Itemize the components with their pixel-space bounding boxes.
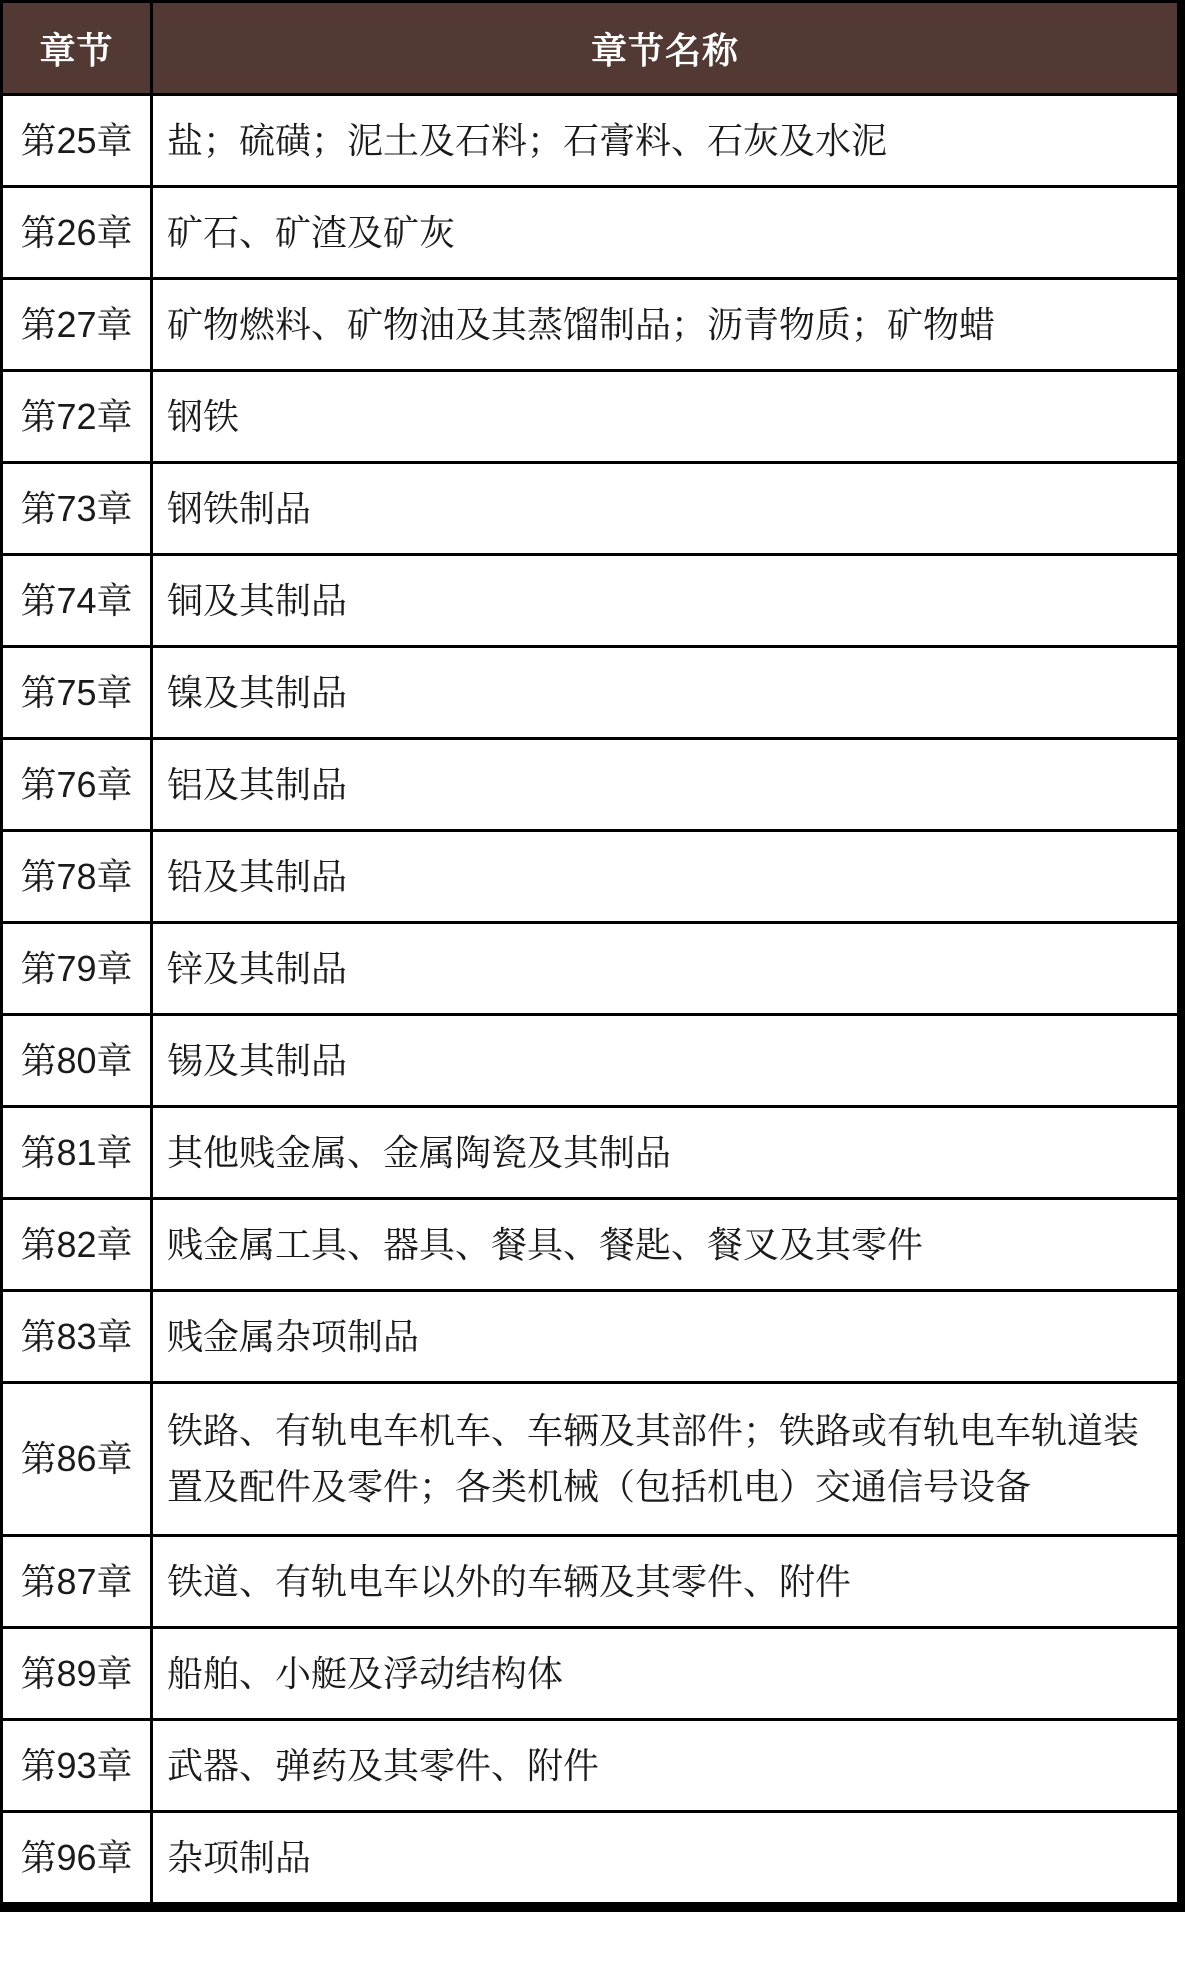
table-row: 第26章矿石、矿渣及矿灰 bbox=[2, 187, 1179, 279]
chapter-cell: 第72章 bbox=[2, 371, 152, 463]
chapter-cell: 第74章 bbox=[2, 555, 152, 647]
table-row: 第93章武器、弹药及其零件、附件 bbox=[2, 1720, 1179, 1812]
chapter-cell: 第75章 bbox=[2, 647, 152, 739]
table-row: 第73章钢铁制品 bbox=[2, 463, 1179, 555]
chapter-name-cell: 锌及其制品 bbox=[152, 923, 1179, 1015]
chapter-name-cell: 铜及其制品 bbox=[152, 555, 1179, 647]
chapter-cell: 第73章 bbox=[2, 463, 152, 555]
table-row: 第72章钢铁 bbox=[2, 371, 1179, 463]
chapter-cell: 第26章 bbox=[2, 187, 152, 279]
chapter-cell: 第86章 bbox=[2, 1383, 152, 1536]
chapter-cell: 第82章 bbox=[2, 1199, 152, 1291]
chapter-name-cell: 杂项制品 bbox=[152, 1812, 1179, 1904]
chapter-cell: 第25章 bbox=[2, 95, 152, 187]
chapter-cell: 第79章 bbox=[2, 923, 152, 1015]
chapter-name-cell: 矿物燃料、矿物油及其蒸馏制品；沥青物质；矿物蜡 bbox=[152, 279, 1179, 371]
table-row: 第81章其他贱金属、金属陶瓷及其制品 bbox=[2, 1107, 1179, 1199]
chapter-cell: 第93章 bbox=[2, 1720, 152, 1812]
table-row: 第75章镍及其制品 bbox=[2, 647, 1179, 739]
chapter-name-cell: 船舶、小艇及浮动结构体 bbox=[152, 1628, 1179, 1720]
chapter-cell: 第96章 bbox=[2, 1812, 152, 1904]
table-row: 第74章铜及其制品 bbox=[2, 555, 1179, 647]
chapter-table: 章节 章节名称 第25章盐；硫磺；泥土及石料；石膏料、石灰及水泥第26章矿石、矿… bbox=[0, 0, 1180, 1905]
chapter-name-cell: 铁路、有轨电车机车、车辆及其部件；铁路或有轨电车轨道装置及配件及零件；各类机械（… bbox=[152, 1383, 1179, 1536]
chapter-name-cell: 矿石、矿渣及矿灰 bbox=[152, 187, 1179, 279]
chapter-cell: 第83章 bbox=[2, 1291, 152, 1383]
chapter-cell: 第80章 bbox=[2, 1015, 152, 1107]
chapter-name-cell: 武器、弹药及其零件、附件 bbox=[152, 1720, 1179, 1812]
chapter-name-cell: 贱金属杂项制品 bbox=[152, 1291, 1179, 1383]
table-row: 第25章盐；硫磺；泥土及石料；石膏料、石灰及水泥 bbox=[2, 95, 1179, 187]
chapter-name-cell: 锡及其制品 bbox=[152, 1015, 1179, 1107]
chapter-name-cell: 镍及其制品 bbox=[152, 647, 1179, 739]
header-row: 章节 章节名称 bbox=[2, 2, 1179, 95]
table-row: 第80章锡及其制品 bbox=[2, 1015, 1179, 1107]
table-row: 第82章贱金属工具、器具、餐具、餐匙、餐叉及其零件 bbox=[2, 1199, 1179, 1291]
table-row: 第27章矿物燃料、矿物油及其蒸馏制品；沥青物质；矿物蜡 bbox=[2, 279, 1179, 371]
table-body: 第25章盐；硫磺；泥土及石料；石膏料、石灰及水泥第26章矿石、矿渣及矿灰第27章… bbox=[2, 95, 1179, 1904]
chapter-cell: 第78章 bbox=[2, 831, 152, 923]
table-row: 第96章杂项制品 bbox=[2, 1812, 1179, 1904]
table-row: 第79章锌及其制品 bbox=[2, 923, 1179, 1015]
chapter-name-cell: 铁道、有轨电车以外的车辆及其零件、附件 bbox=[152, 1536, 1179, 1628]
chapter-cell: 第81章 bbox=[2, 1107, 152, 1199]
table-row: 第87章铁道、有轨电车以外的车辆及其零件、附件 bbox=[2, 1536, 1179, 1628]
chapter-cell: 第27章 bbox=[2, 279, 152, 371]
header-cell-chapter: 章节 bbox=[2, 2, 152, 95]
table-row: 第89章船舶、小艇及浮动结构体 bbox=[2, 1628, 1179, 1720]
chapter-cell: 第76章 bbox=[2, 739, 152, 831]
table-row: 第83章贱金属杂项制品 bbox=[2, 1291, 1179, 1383]
table-row: 第76章铝及其制品 bbox=[2, 739, 1179, 831]
chapter-name-cell: 钢铁 bbox=[152, 371, 1179, 463]
chapter-name-cell: 其他贱金属、金属陶瓷及其制品 bbox=[152, 1107, 1179, 1199]
chapter-cell: 第87章 bbox=[2, 1536, 152, 1628]
chapter-table-container: 章节 章节名称 第25章盐；硫磺；泥土及石料；石膏料、石灰及水泥第26章矿石、矿… bbox=[0, 0, 1185, 1912]
chapter-cell: 第89章 bbox=[2, 1628, 152, 1720]
chapter-name-cell: 钢铁制品 bbox=[152, 463, 1179, 555]
chapter-name-cell: 铝及其制品 bbox=[152, 739, 1179, 831]
header-cell-chapter-name: 章节名称 bbox=[152, 2, 1179, 95]
table-row: 第86章铁路、有轨电车机车、车辆及其部件；铁路或有轨电车轨道装置及配件及零件；各… bbox=[2, 1383, 1179, 1536]
table-row: 第78章铅及其制品 bbox=[2, 831, 1179, 923]
chapter-name-cell: 铅及其制品 bbox=[152, 831, 1179, 923]
chapter-name-cell: 贱金属工具、器具、餐具、餐匙、餐叉及其零件 bbox=[152, 1199, 1179, 1291]
chapter-name-cell: 盐；硫磺；泥土及石料；石膏料、石灰及水泥 bbox=[152, 95, 1179, 187]
